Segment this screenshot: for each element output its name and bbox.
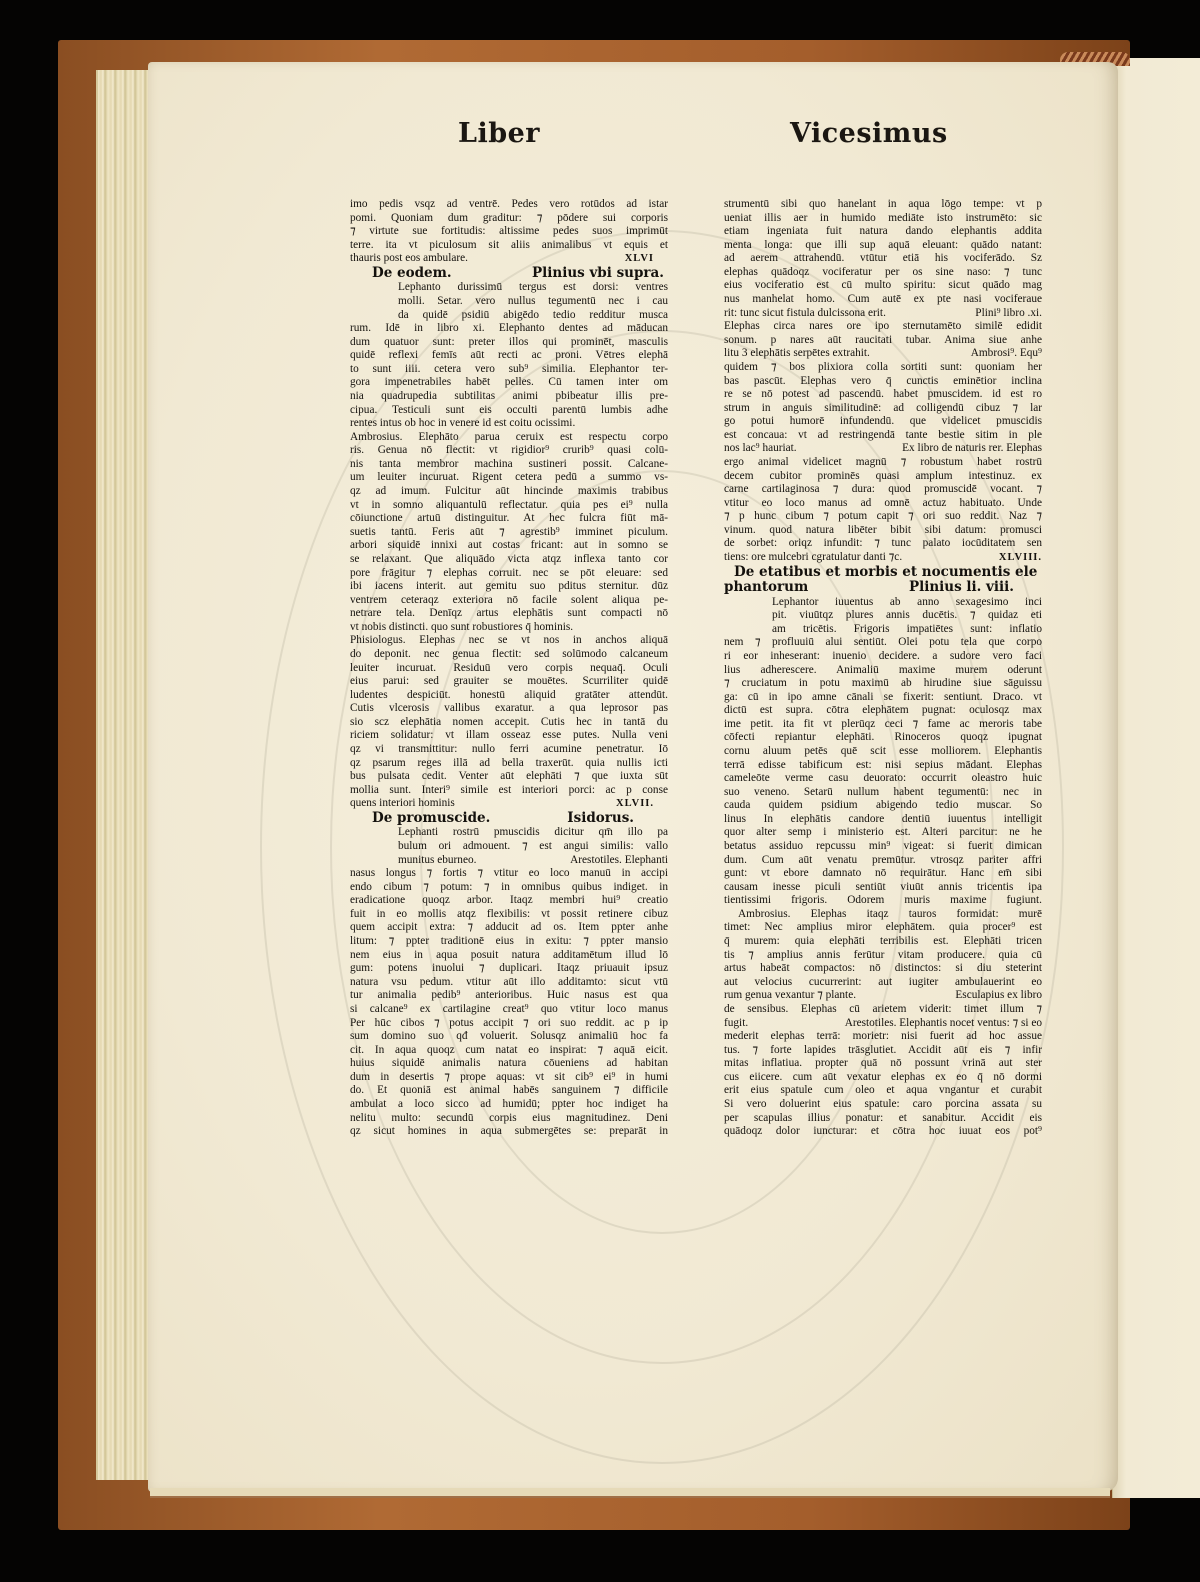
text-line: mederit elephas terrā: morietr: nisi fue…	[724, 1030, 1042, 1044]
text-line: pit. viuūtqz plures annis ducētis. ⁊ qui…	[724, 609, 1042, 623]
text-line: ⁊ cruciatum in potu maximū ab hirudine s…	[724, 677, 1042, 691]
text-line: cit. In aqua quoqz cum natat eo inspirat…	[350, 1044, 668, 1058]
running-head-left: Liber	[458, 118, 540, 149]
text-line: fugit.	[724, 1017, 748, 1031]
text-line: vtitur eo loco manus ad omnē actuz habit…	[724, 497, 1042, 511]
text-line: qz ad imum. Fulcitur aūt hincinde maximi…	[350, 485, 668, 499]
text-line: mitas inflatiua. propter quā nō possunt …	[724, 1057, 1042, 1071]
text-line: quādoqz dolor iuncturar: et cōtra hoc iu…	[724, 1125, 1042, 1139]
text-line: ris. Genua nō flectit: vt rigidior⁹ crur…	[350, 444, 668, 458]
chapter-heading: phantorum Plinius li. viii.	[724, 580, 1042, 596]
text-line: Lephanti rostrū pmuscidis dicitur qm̄ il…	[350, 826, 668, 840]
text-line: cameleōte verme casu deuorato: occurrit …	[724, 772, 1042, 786]
text-line: pomi. Quoniam dum graditur: ⁊ pōdere sui…	[350, 212, 668, 226]
text-line: cōiunctione artuū distinguitur. At hec f…	[350, 512, 668, 526]
text-line: ⁊ virtute sue fortitudis: altissime pede…	[350, 225, 668, 239]
text-line: carne cartilaginosa ⁊ dura: quod promusc…	[724, 483, 1042, 497]
text-line: to sunt iiii. cetera vero sub⁹ similia. …	[350, 363, 668, 377]
text-line: molli. Setar. vero nullus tegumentū nec …	[350, 295, 668, 309]
text-line: gum: potens inuolui ⁊ duplicari. Itaqz p…	[350, 962, 668, 976]
text-line: ventrem ceteraqz exteriora nō facile sol…	[350, 594, 668, 608]
text-line: rentes intus ob hoc in venere id est coi…	[350, 417, 668, 431]
source-citation: Esculapius ex libro	[955, 989, 1042, 1003]
text-line: q̄ murem: quia elephāti terribilis est. …	[724, 935, 1042, 949]
text-column-left: imo pedis vsqz ad ventrē. Pedes vero rot…	[350, 198, 668, 1139]
text-line: Lephanto durissimū tergus est dorsi: ven…	[350, 281, 668, 295]
text-line: eius vociferatio est cū multo spiritu: s…	[724, 279, 1042, 293]
chapter-title: De etatibus et morbis et nocumentis ele	[734, 565, 1037, 581]
text-column-right: strumentū sibi quo hanelant in aqua lōgo…	[724, 198, 1042, 1139]
text-line: endo cibum ⁊ potum: ⁊ in omnibus quibus …	[350, 881, 668, 895]
text-line: de sensibus. Elephas cū arietem viderit:…	[724, 1003, 1042, 1017]
text-line: dum. Cum aūt venatu premūtur. vtrosqz pa…	[724, 854, 1042, 868]
text-line: eius parui: sed grauiter se mouētes. Scu…	[350, 675, 668, 689]
text-line: suo veneno. Setarū nullum habent tegumen…	[724, 786, 1042, 800]
chapter-number: XLVII.	[616, 797, 668, 811]
text-line: per scapulas illius ponatur: et sanabitu…	[724, 1112, 1042, 1126]
text-line: decem cubitor prominēs quasi amplum inte…	[724, 470, 1042, 484]
running-head-right: Vicesimus	[790, 118, 948, 149]
text-line: terrā edisse tabificum est: nisi sepius …	[724, 759, 1042, 773]
source-citation: Ex libro de naturis rer. Elephas	[902, 442, 1042, 456]
text-line: de sorbet: oriqz infundit: ⁊ tunc palato…	[724, 537, 1042, 551]
text-line: ambulat a loco sicco ad humidū; ppter ho…	[350, 1098, 668, 1112]
text-line-with-source: litu 3 elephātis serpētes extrahit. Ambr…	[724, 347, 1042, 361]
text-line: tus. ⁊ forte lapides trāsglutiet. Accidi…	[724, 1044, 1042, 1058]
text-line: ime petit. ita fit vt plerūqz ceci ⁊ fam…	[724, 718, 1042, 732]
text-line: Lephantor iuuentus ab anno sexagesimo in…	[724, 596, 1042, 610]
text-line: re se nō potest ad pascendū. habet pmusc…	[724, 388, 1042, 402]
chapter-title: De eodem.	[372, 266, 452, 282]
chapter-heading: De etatibus et morbis et nocumentis ele	[724, 565, 1042, 581]
text-line: munitus eburneo.	[398, 854, 476, 868]
text-line: qz vi transmittitur: nullo ferri acumine…	[350, 743, 668, 757]
text-line: erit eius spatule cum oleo et aqua vngan…	[724, 1084, 1042, 1098]
text-line: timet: Nec amplius miror elephātem. quia…	[724, 921, 1042, 935]
text-line: nos lac⁹ hauriat.	[724, 442, 797, 456]
text-line: vinum. quod natura libēter bibit sibi da…	[724, 524, 1042, 538]
text-line: terre. ita vt piculosum sit aliis animal…	[350, 239, 668, 253]
text-line: rum. Idē in libro xi. Elephanto dentes a…	[350, 322, 668, 336]
text-line: lius adherescere. Animaliū maxime murem …	[724, 664, 1042, 678]
text-line: dum in desertis ⁊ prope aquas: vt sit ci…	[350, 1071, 668, 1085]
text-line: huius siquidē animalis natura cōueniens …	[350, 1057, 668, 1071]
text-line: gora impenetrabiles habēt pelles. Cū tam…	[350, 376, 668, 390]
text-line: quens interiori hominis	[350, 797, 455, 811]
text-line: Ambrosius. Elephas itaqz tauros formidat…	[724, 908, 1042, 922]
text-line: bas pascūt. Elephas vero q̄ cunctis emin…	[724, 375, 1042, 389]
text-line: menta longa: que illi sup aquā eleuant: …	[724, 239, 1042, 253]
chapter-source: Plinius vbi supra.	[532, 266, 664, 282]
chapter-end-line: tiens: ore mulcebri cgratulatur danti ⁊c…	[724, 551, 1042, 565]
text-line-with-source: rum genua vexantur ⁊ plante. Esculapius …	[724, 989, 1042, 1003]
text-line: Elephas circa nares ore ipo sternutamēto…	[724, 320, 1042, 334]
text-line: sio scz elephātia nomen accepit. Cutis h…	[350, 716, 668, 730]
chapter-end-line: thauris post eos ambulare. XLVI	[350, 252, 668, 266]
text-line: qz sicut homines in aqua submergētes se:…	[350, 1125, 668, 1139]
text-line: ad aerem attrahendū. vtūtur etiā his voc…	[724, 252, 1042, 266]
text-line: bus pulsata cedit. Venter aūt elephāti ⁊…	[350, 770, 668, 784]
text-line: qz psarum reges illā ad bella traxerūt. …	[350, 757, 668, 771]
text-line: dictū est supra. cōtra elephātem pugnat:…	[724, 704, 1042, 718]
text-line: go potui humorē infundendū. que videlice…	[724, 415, 1042, 429]
text-line: da quidē psidiū abigēdo tedio redditur m…	[350, 309, 668, 323]
text-line: netrare tela. Denīqz artus elephātis sun…	[350, 607, 668, 621]
text-line: vt nobis distincti. quo sunt robustiores…	[350, 621, 668, 635]
text-line: cauda quidem psidium abigendo tedio musc…	[724, 799, 1042, 813]
text-line: Per hūc cibos ⁊ potus accipit ⁊ ori suo …	[350, 1017, 668, 1031]
text-line: ueniat illis aer in humido mediāte isto …	[724, 212, 1042, 226]
text-line: riciem solidatur: vt illam osseaz esse p…	[350, 729, 668, 743]
text-line: ibi iacens interit. aut gemitu suo pditu…	[350, 580, 668, 594]
text-line: est concaua: vt ad restringendā tante be…	[724, 429, 1042, 443]
text-line: sum domino suo qđ voluerit. Solusqz anim…	[350, 1030, 668, 1044]
text-line: am tricētis. Frigoris impatiētes sunt: i…	[724, 623, 1042, 637]
text-line: nus manhelat homo. Cum autē ex pte nasi …	[724, 293, 1042, 307]
text-line: do. Et quoniā est animal habēs sanguinem…	[350, 1084, 668, 1098]
text-line: elephas quādoqz vociferatur per os sine …	[724, 266, 1042, 280]
chapter-source: Isidorus.	[567, 811, 664, 827]
text-line: nem ⁊ profluuiū alui sentiūt. Olei potu …	[724, 636, 1042, 650]
text-line: ri eor inheserant: inuenio decidere. a s…	[724, 650, 1042, 664]
chapter-title: De promuscide.	[372, 811, 490, 827]
text-line: cōfecti repiantur elephāti. Rinoceros qu…	[724, 731, 1042, 745]
text-line: mollia sunt. Interi⁹ simile est interior…	[350, 784, 668, 798]
text-line: ga: cū in ipo amne cānali se fixerit: se…	[724, 691, 1042, 705]
text-line: nelitu multo: secundū corpis eius magnit…	[350, 1112, 668, 1126]
source-citation: Ambrosi⁹. Equ⁹	[971, 347, 1042, 361]
text-line: betatus assiduo repcussu min⁹ vigeat: si…	[724, 840, 1042, 854]
text-line: tis ⁊ amplius annis ferūtur vitam produc…	[724, 949, 1042, 963]
text-line: artus habeāt compactos: nō distinctos: s…	[724, 962, 1042, 976]
source-citation: Arestotiles. Elephanti	[570, 854, 668, 868]
text-line: rum genua vexantur ⁊ plante.	[724, 989, 856, 1003]
text-line: natura vsu pedum. vtitur aūt illo addita…	[350, 976, 668, 990]
text-line: aut velocius cucurrerint: aut iugiter am…	[724, 976, 1042, 990]
text-line: dum quatuor sunt: preter illos qui promi…	[350, 336, 668, 350]
text-line-with-source: rit: tunc sicut fistula dulcissona erit.…	[724, 307, 1042, 321]
text-line: se relaxant. Que aliquādo victa atqz inf…	[350, 553, 668, 567]
text-line: nasus longus ⁊ fortis ⁊ vtitur eo loco m…	[350, 867, 668, 881]
text-line: ludentes despiciūt. honestū aliquid grat…	[350, 689, 668, 703]
text-line: strum in anguis similitudinē: ad collige…	[724, 402, 1042, 416]
text-line: nem eius in aqua posuit natura additamēt…	[350, 949, 668, 963]
chapter-source: Plinius li. viii.	[909, 580, 1038, 596]
chapter-number: XLVIII.	[999, 551, 1042, 565]
text-line: nia quadrupedia subtilitas animi pbibeat…	[350, 390, 668, 404]
text-line-with-source: munitus eburneo. Arestotiles. Elephanti	[350, 854, 668, 868]
text-line: pore frāgitur ⁊ elephas corruit. nec se …	[350, 567, 668, 581]
text-line: quor alter semp i ministerio est. Alteri…	[724, 826, 1042, 840]
chapter-number: XLVI	[625, 252, 668, 266]
text-line: eradicatione quoqz arbor. Itaqz membri h…	[350, 894, 668, 908]
text-line: quem accipit extra: ⁊ adducit ad os. Ite…	[350, 921, 668, 935]
text-line: Phisiologus. Elephas nec se vt nos in an…	[350, 634, 668, 648]
text-line: thauris post eos ambulare.	[350, 252, 468, 266]
text-line: tiens: ore mulcebri cgratulatur danti ⁊c…	[724, 551, 902, 565]
text-line: cipua. Testiculi sunt eis occulti parent…	[350, 404, 668, 418]
text-line: tientissimi frigoris. Odorem muris maxim…	[724, 894, 1042, 908]
text-line: tur animalia pedib⁹ anterioribus. Huic n…	[350, 989, 668, 1003]
text-line: litu 3 elephātis serpētes extrahit.	[724, 347, 870, 361]
text-line: vt in somno aliquantulū reflectatur. qui…	[350, 499, 668, 513]
text-line: um leuiter incuruat. Rigent cetera pedū …	[350, 471, 668, 485]
text-line: etiam ingeniata fuit natura dando elepha…	[724, 225, 1042, 239]
text-line: do deponit. nec genua flectit: sed solūm…	[350, 648, 668, 662]
text-line: arbori siquidē innixi aut costas fricant…	[350, 539, 668, 553]
text-line: fuit in eo mollis atqz flexibilis: vt po…	[350, 908, 668, 922]
text-line: cus eiicere. cum aūt vexatur elephas ex …	[724, 1071, 1042, 1085]
source-citation: Arestotiles. Elephantis nocet ventus: ⁊ …	[845, 1017, 1042, 1031]
facing-page	[1112, 58, 1200, 1498]
text-line: nis tanta membror machina sustineri poss…	[350, 458, 668, 472]
text-line: rit: tunc sicut fistula dulcissona erit.	[724, 307, 886, 321]
text-line: gunt: vt ebore damnato nō requirātur. Ha…	[724, 867, 1042, 881]
chapter-heading: De eodem. Plinius vbi supra.	[350, 266, 668, 282]
text-line: linus In elephātis candore dentiū iuuent…	[724, 813, 1042, 827]
text-line: quidē reflexi femīs aūt recti ac proni. …	[350, 349, 668, 363]
text-line: imo pedis vsqz ad ventrē. Pedes vero rot…	[350, 198, 668, 212]
text-line: Cutis vlcerosis vallibus exaratur. a qua…	[350, 702, 668, 716]
text-line-with-source: fugit. Arestotiles. Elephantis nocet ven…	[724, 1017, 1042, 1031]
text-line: quidem ⁊ bos plixiora colla sortiti sunt…	[724, 361, 1042, 375]
text-line: causam inesse piculi sentiūt viuūt annis…	[724, 881, 1042, 895]
text-line: Ambrosius. Elephāto parua ceruix est res…	[350, 431, 668, 445]
page-bottom-edge	[150, 1488, 1110, 1498]
source-citation: Plini⁹ libro .xi.	[975, 307, 1042, 321]
text-line: litum: ⁊ ppter traditionē eius in exitu:…	[350, 935, 668, 949]
text-line: sonum. p nares aūt raucitati tubar. Anim…	[724, 334, 1042, 348]
chapter-title-cont: phantorum	[724, 580, 808, 596]
text-line-with-source: nos lac⁹ hauriat. Ex libro de naturis re…	[724, 442, 1042, 456]
text-line: strumentū sibi quo hanelant in aqua lōgo…	[724, 198, 1042, 212]
text-line: leuiter incuruat. Residuū vero corpis ne…	[350, 662, 668, 676]
text-line: Si vero doluerint eius spatule: caro por…	[724, 1098, 1042, 1112]
text-line: si calcane⁹ ex cartilagine creat⁹ quo vt…	[350, 1003, 668, 1017]
text-line: cornu aluum petēs quē scit esse molliore…	[724, 745, 1042, 759]
text-line: bulum ori admouent. ⁊ est angui similis:…	[350, 840, 668, 854]
text-line: ⁊ p hunc cibum ⁊ potum capit ⁊ ori suo r…	[724, 510, 1042, 524]
chapter-end-line: quens interiori hominis XLVII.	[350, 797, 668, 811]
text-line: ergo animal videlicet magnū ⁊ robustum h…	[724, 456, 1042, 470]
chapter-heading: De promuscide. Isidorus.	[350, 811, 668, 827]
text-line: suetis tantū. Feris aūt ⁊ agrestib⁹ immi…	[350, 526, 668, 540]
